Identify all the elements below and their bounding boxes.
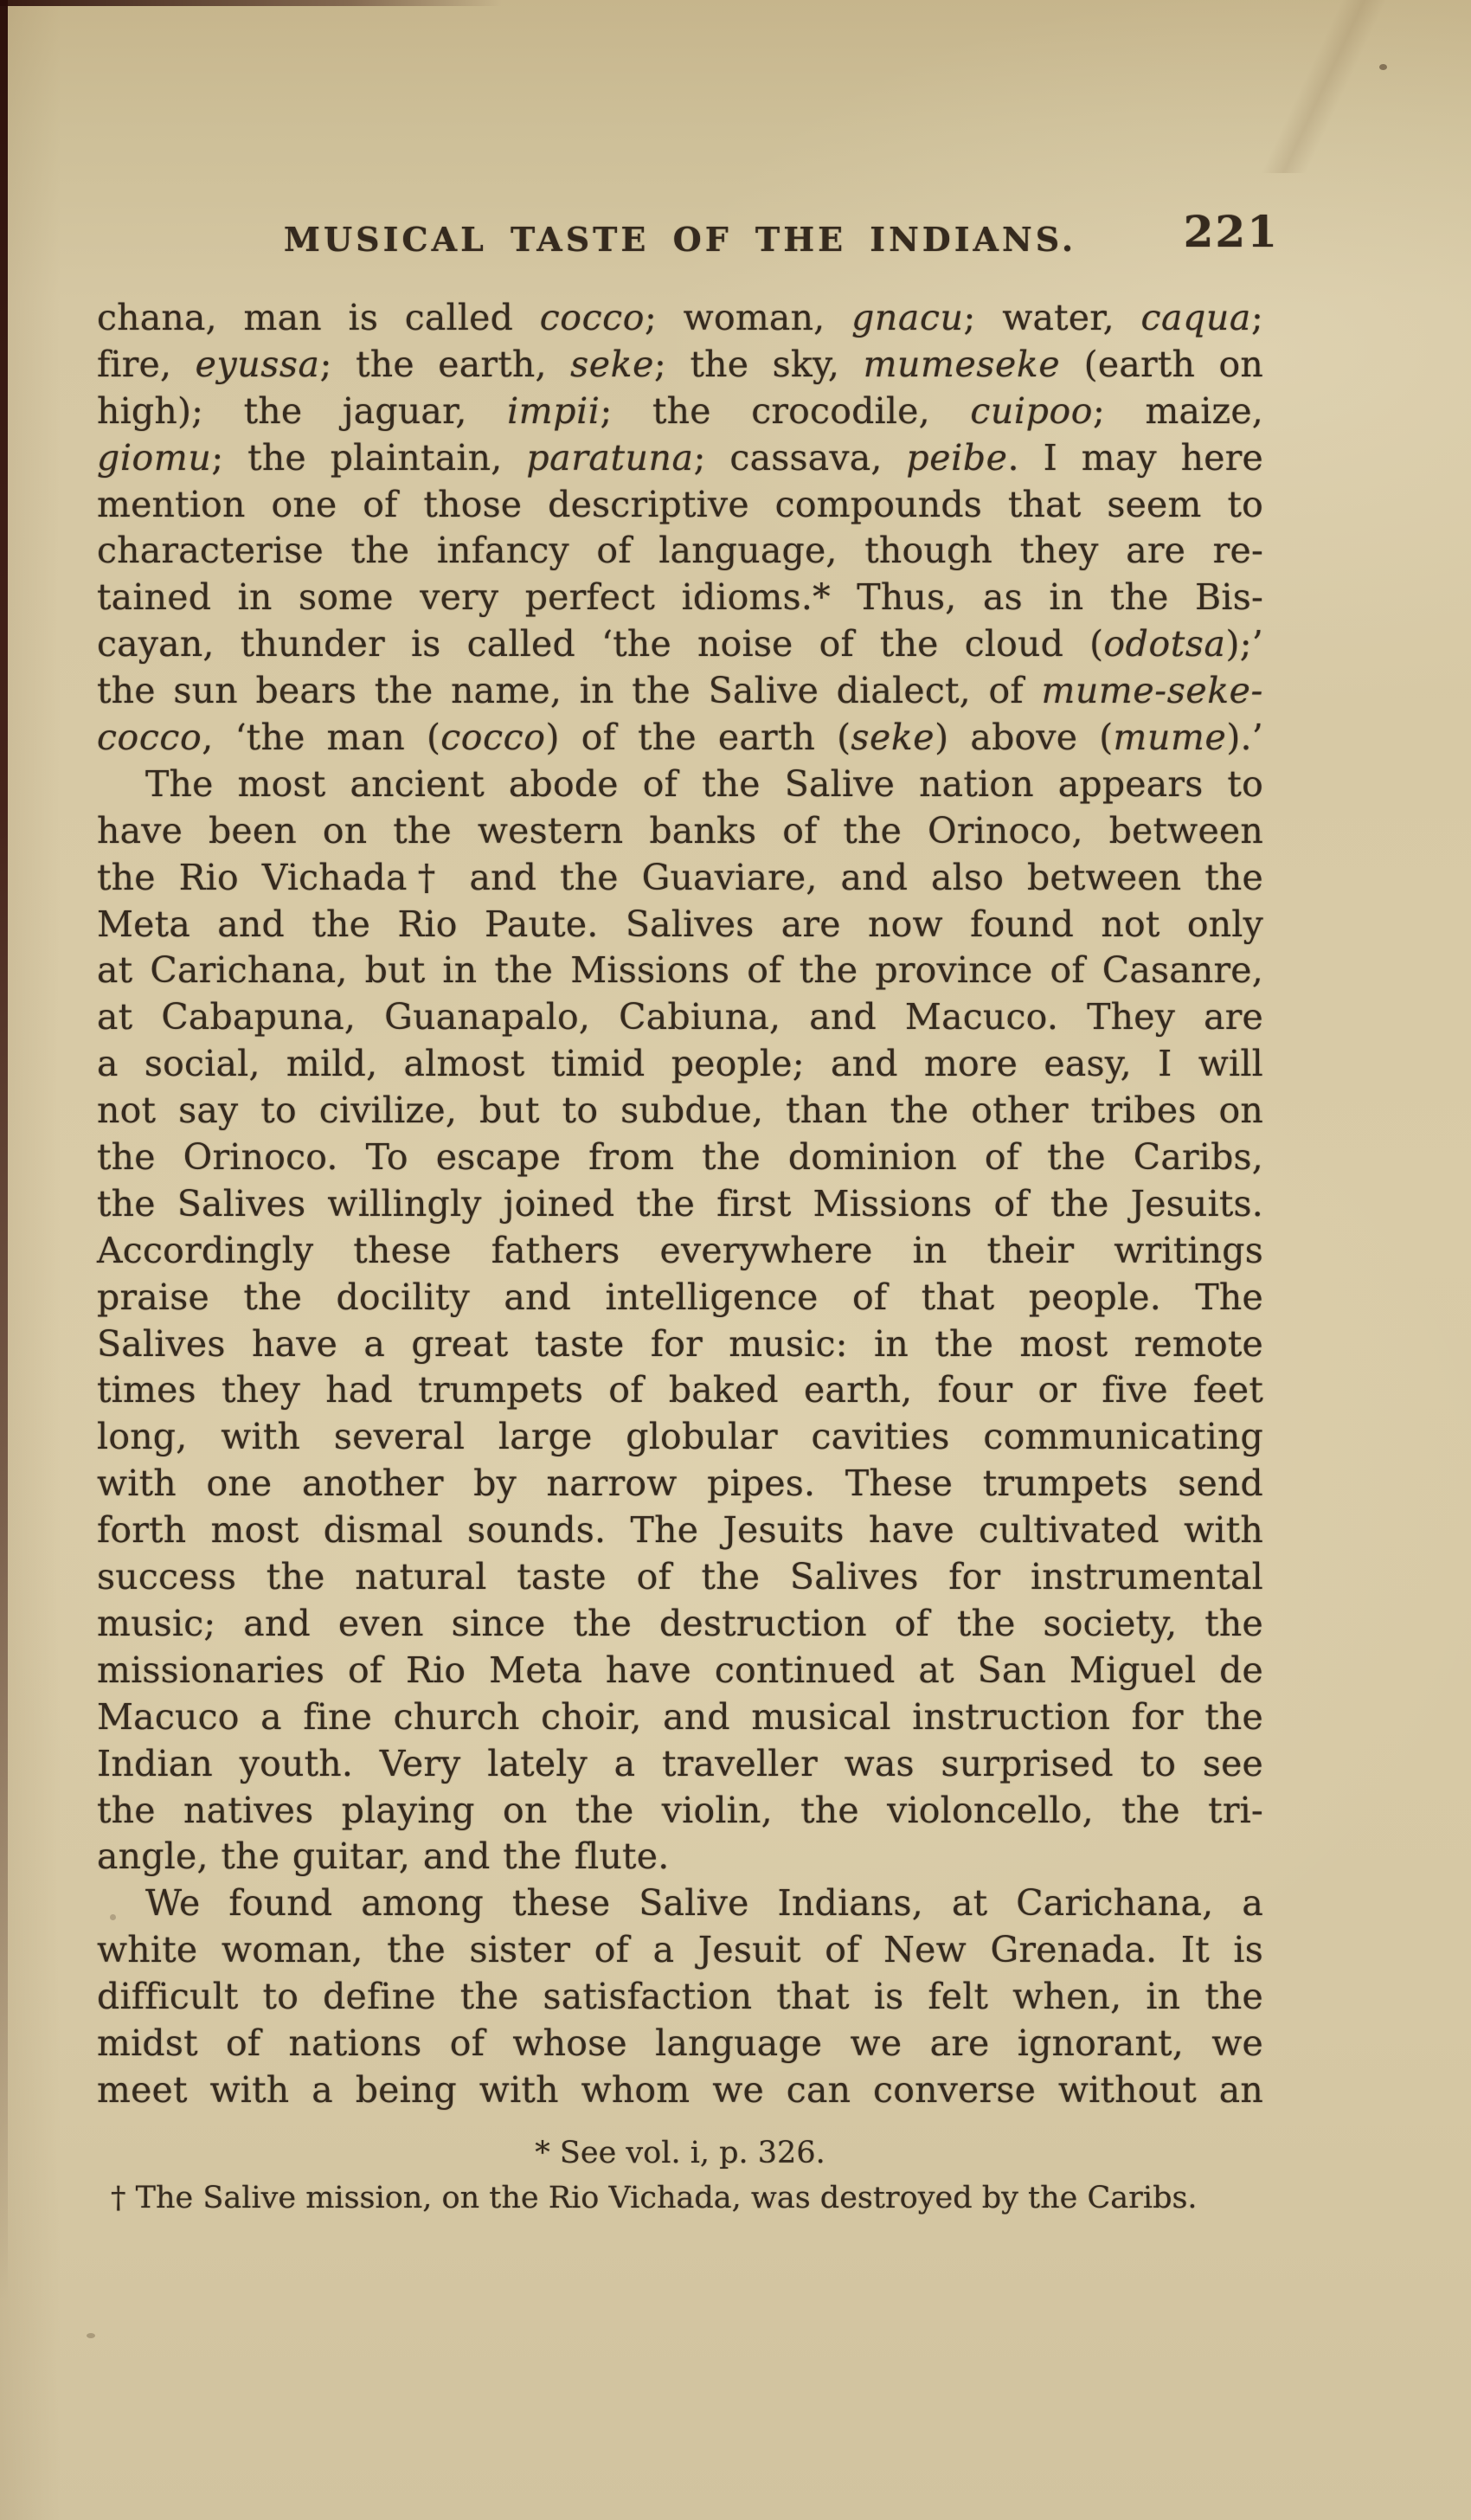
text-line: music; and even since the destruction of… — [97, 1601, 1263, 1648]
text-line: not say to civilize, but to subdue, than… — [97, 1088, 1263, 1135]
text-line: the sun bears the name, in the Salive di… — [97, 668, 1263, 715]
text-line: Salives have a great taste for music: in… — [97, 1321, 1263, 1368]
page-body: chana, man is called cocco; woman, gnacu… — [97, 295, 1263, 2114]
text-line: missionaries of Rio Meta have continued … — [97, 1648, 1263, 1694]
book-page: MUSICAL TASTE OF THE INDIANS. 221 chana,… — [0, 0, 1471, 2520]
text-line: forth most dismal sounds. The Jesuits ha… — [97, 1507, 1263, 1554]
text-line: chana, man is called cocco; woman, gnacu… — [97, 295, 1263, 342]
text-line: characterise the infancy of language, th… — [97, 528, 1263, 575]
text-line: high); the jaguar, impii; the crocodile,… — [97, 389, 1263, 435]
text-line: We found among these Salive Indians, at … — [97, 1880, 1263, 1927]
text-line: the Orinoco. To escape from the dominion… — [97, 1135, 1263, 1181]
scan-speck — [1379, 64, 1387, 70]
text-line: a social, mild, almost timid people; and… — [97, 1041, 1263, 1088]
text-line: Accordingly these fathers everywhere in … — [97, 1228, 1263, 1275]
text-line: praise the docility and intelligence of … — [97, 1275, 1263, 1321]
text-line: success the natural taste of the Salives… — [97, 1554, 1263, 1601]
text-line: fire, eyussa; the earth, seke; the sky, … — [97, 342, 1263, 389]
text-line: at Carichana, but in the Missions of the… — [97, 948, 1263, 994]
paper-crease — [1177, 0, 1471, 173]
text-line: cocco, ‘the man (cocco) of the earth (se… — [97, 715, 1263, 762]
footnote-dagger: † The Salive mission, on the Rio Vichada… — [97, 2176, 1263, 2221]
text-line: the Rio Vichada† and the Guaviare, and a… — [97, 855, 1263, 902]
running-header: MUSICAL TASTE OF THE INDIANS. — [97, 220, 1263, 259]
text-line: Macuco a fine church choir, and musical … — [97, 1694, 1263, 1741]
scan-edge-left — [0, 0, 8, 2302]
text-line: the Salives willingly joined the first M… — [97, 1181, 1263, 1228]
text-line: cayan, thunder is called ‘the noise of t… — [97, 621, 1263, 668]
text-line: the natives playing on the violin, the v… — [97, 1788, 1263, 1835]
page-number: 221 — [1184, 206, 1279, 257]
text-line: at Cabapuna, Guanapalo, Cabiuna, and Mac… — [97, 994, 1263, 1041]
text-line: white woman, the sister of a Jesuit of N… — [97, 1927, 1263, 1974]
text-line: tained in some very perfect idioms.* Thu… — [97, 575, 1263, 621]
text-line: The most ancient abode of the Salive nat… — [97, 762, 1263, 808]
text-line: giomu; the plaintain, paratuna; cassava,… — [97, 435, 1263, 482]
footnote-asterisk: * See vol. i, p. 326. — [97, 2131, 1263, 2176]
text-line: meet with a being with whom we can conve… — [97, 2067, 1263, 2114]
text-line: midst of nations of whose language we ar… — [97, 2021, 1263, 2067]
text-line: with one another by narrow pipes. These … — [97, 1461, 1263, 1507]
footnotes: * See vol. i, p. 326. † The Salive missi… — [97, 2131, 1263, 2221]
text-line: mention one of those descriptive compoun… — [97, 482, 1263, 529]
text-line: long, with several large globular caviti… — [97, 1414, 1263, 1461]
scan-edge-top — [0, 0, 502, 6]
text-line: Indian youth. Very lately a traveller wa… — [97, 1741, 1263, 1788]
text-line: Meta and the Rio Paute. Salives are now … — [97, 902, 1263, 948]
scan-speck — [87, 2333, 95, 2338]
running-header-title: MUSICAL TASTE OF THE INDIANS. — [284, 220, 1076, 259]
text-line: have been on the western banks of the Or… — [97, 808, 1263, 855]
text-line: angle, the guitar, and the flute. — [97, 1834, 1263, 1880]
text-line: difficult to define the satisfaction tha… — [97, 1974, 1263, 2021]
text-line: times they had trumpets of baked earth, … — [97, 1367, 1263, 1414]
